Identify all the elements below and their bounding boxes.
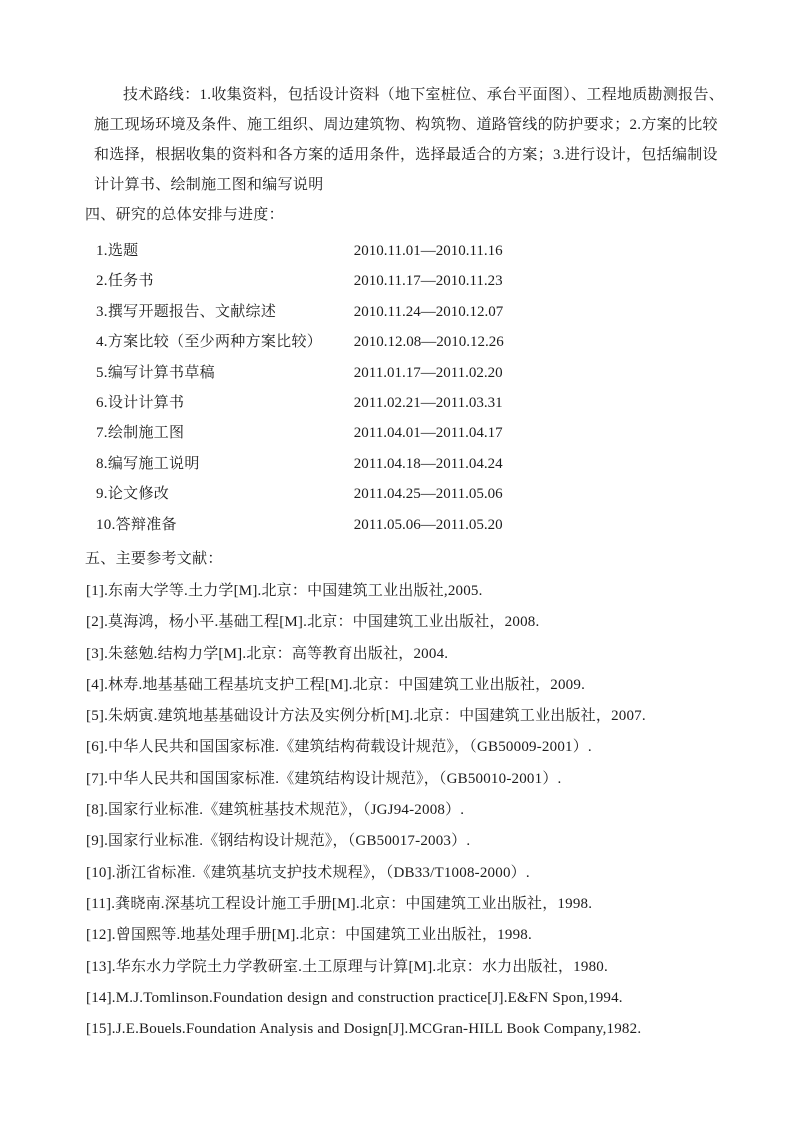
schedule-item: 6.设计计算书 2011.02.21—2011.03.31 [96, 388, 504, 418]
schedule-item: 1.选题 2010.11.01—2010.11.16 [96, 236, 504, 266]
section-heading-references: 五、主要参考文献： [85, 544, 223, 574]
reference-item: [14].M.J.Tomlinson.Foundation design and… [86, 983, 746, 1014]
schedule-task-label: 9.论文修改 [96, 479, 350, 509]
schedule-item: 7.绘制施工图 2011.04.01—2011.04.17 [96, 418, 504, 448]
schedule-item: 9.论文修改 2011.04.25—2011.05.06 [96, 479, 504, 509]
reference-item: [10].浙江省标准.《建筑基坑支护技术规程》，（DB33/T1008-2000… [86, 858, 746, 889]
schedule-task-label: 8.编写施工说明 [96, 449, 350, 479]
reference-item: [1].东南大学等.土力学[M].北京：中国建筑工业出版社,2005. [86, 576, 746, 607]
schedule-date-range: 2011.02.21—2011.03.31 [354, 388, 503, 418]
reference-item: [4].林寿.地基基础工程基坑支护工程[M].北京：中国建筑工业出版社，2009… [86, 670, 746, 701]
schedule-task-label: 2.任务书 [96, 266, 350, 296]
reference-item: [15].J.E.Bouels.Foundation Analysis and … [86, 1014, 746, 1045]
paragraph-line: 计计算书、绘制施工图和编写说明 [94, 170, 716, 200]
schedule-date-range: 2011.01.17—2011.02.20 [354, 358, 503, 388]
schedule-date-range: 2010.11.17—2010.11.23 [354, 266, 503, 296]
schedule-date-range: 2011.04.25—2011.05.06 [354, 479, 503, 509]
reference-item: [6].中华人民共和国国家标准.《建筑结构荷载设计规范》，（GB50009-20… [86, 732, 746, 763]
reference-item: [7].中华人民共和国国家标准.《建筑结构设计规范》，（GB50010-2001… [86, 764, 746, 795]
paragraph-line: 和选择，根据收集的资料和各方案的适用条件，选择最适合的方案；3.进行设计，包括编… [94, 140, 716, 170]
schedule-date-range: 2011.04.18—2011.04.24 [354, 449, 503, 479]
schedule-task-label: 3.撰写开题报告、文献综述 [96, 297, 350, 327]
schedule-item: 2.任务书 2010.11.17—2010.11.23 [96, 266, 504, 296]
paragraph-line: 施工现场环境及条件、施工组织、周边建筑物、构筑物、道路管线的防护要求；2.方案的… [94, 110, 716, 140]
schedule-task-label: 1.选题 [96, 236, 350, 266]
technical-route-paragraph: 技术路线：1.收集资料，包括设计资料（地下室桩位、承台平面图）、工程地质勘测报告… [94, 80, 716, 200]
schedule-task-label: 6.设计计算书 [96, 388, 350, 418]
schedule-item: 3.撰写开题报告、文献综述 2010.11.24—2010.12.07 [96, 297, 504, 327]
schedule-task-label: 4.方案比较（至少两种方案比较） [96, 327, 350, 357]
reference-item: [2].莫海鸿，杨小平.基础工程[M].北京：中国建筑工业出版社，2008. [86, 607, 746, 638]
schedule-date-range: 2011.04.01—2011.04.17 [354, 418, 503, 448]
schedule-date-range: 2010.11.24—2010.12.07 [354, 297, 503, 327]
schedule-item: 8.编写施工说明 2011.04.18—2011.04.24 [96, 449, 504, 479]
schedule-item: 4.方案比较（至少两种方案比较） 2010.12.08—2010.12.26 [96, 327, 504, 357]
reference-item: [11].龚晓南.深基坑工程设计施工手册[M].北京：中国建筑工业出版社，199… [86, 889, 746, 920]
reference-item: [3].朱慈勉.结构力学[M].北京：高等教育出版社，2004. [86, 639, 746, 670]
reference-item: [8].国家行业标准.《建筑桩基技术规范》，（JGJ94-2008）. [86, 795, 746, 826]
schedule-item: 5.编写计算书草稿 2011.01.17—2011.02.20 [96, 358, 504, 388]
schedule-date-range: 2011.05.06—2011.05.20 [354, 510, 503, 540]
document-page: 技术路线：1.收集资料，包括设计资料（地下室桩位、承台平面图）、工程地质勘测报告… [0, 0, 793, 1122]
schedule-date-range: 2010.11.01—2010.11.16 [354, 236, 503, 266]
reference-item: [5].朱炳寅.建筑地基基础设计方法及实例分析[M].北京：中国建筑工业出版社，… [86, 701, 746, 732]
reference-item: [9].国家行业标准.《钢结构设计规范》，（GB50017-2003）. [86, 826, 746, 857]
reference-item: [13].华东水力学院土力学教研室.土工原理与计算[M].北京：水力出版社，19… [86, 952, 746, 983]
paragraph-line: 技术路线：1.收集资料，包括设计资料（地下室桩位、承台平面图）、工程地质勘测报告… [94, 80, 716, 110]
schedule-task-label: 10.答辩准备 [96, 510, 350, 540]
schedule-task-label: 7.绘制施工图 [96, 418, 350, 448]
schedule-item: 10.答辩准备 2011.05.06—2011.05.20 [96, 510, 504, 540]
reference-item: [12].曾国熙等.地基处理手册[M].北京：中国建筑工业出版社，1998. [86, 920, 746, 951]
section-heading-schedule: 四、研究的总体安排与进度： [85, 200, 284, 230]
schedule-date-range: 2010.12.08—2010.12.26 [354, 327, 504, 357]
schedule-list: 1.选题 2010.11.01—2010.11.16 2.任务书 2010.11… [96, 236, 504, 540]
reference-list: [1].东南大学等.土力学[M].北京：中国建筑工业出版社,2005. [2].… [86, 576, 746, 1045]
schedule-task-label: 5.编写计算书草稿 [96, 358, 350, 388]
